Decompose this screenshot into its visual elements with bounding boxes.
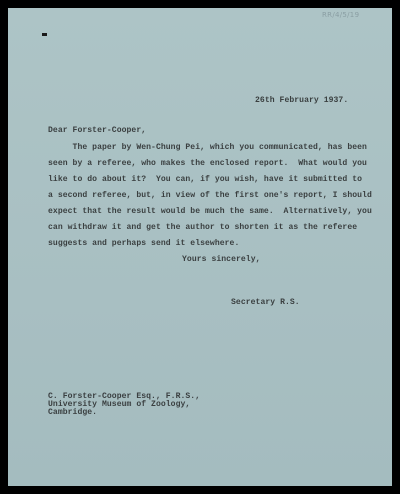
salutation: Dear Forster-Cooper, [48, 126, 146, 135]
body-line: The paper by Wen-Chung Pei, which you co… [48, 143, 367, 152]
punch-mark [42, 33, 47, 36]
body-line: expect that the result would be much the… [48, 207, 372, 216]
body-line: like to do about it? You can, if you wis… [48, 175, 362, 184]
address-line: Cambridge. [48, 408, 97, 417]
body-line: suggests and perhaps send it elsewhere. [48, 239, 239, 248]
signature: Secretary R.S. [231, 298, 300, 307]
closing: Yours sincerely, [182, 255, 261, 264]
body-line: can withdraw it and get the author to sh… [48, 223, 357, 232]
body-line: a second referee, but, in view of the fi… [48, 191, 372, 200]
archive-reference: RR/4/5/19 [322, 11, 359, 19]
body-line: seen by a referee, who makes the enclose… [48, 159, 367, 168]
letter-page: RR/4/5/19 26th February 1937. Dear Forst… [8, 8, 392, 486]
letter-date: 26th February 1937. [255, 96, 348, 105]
